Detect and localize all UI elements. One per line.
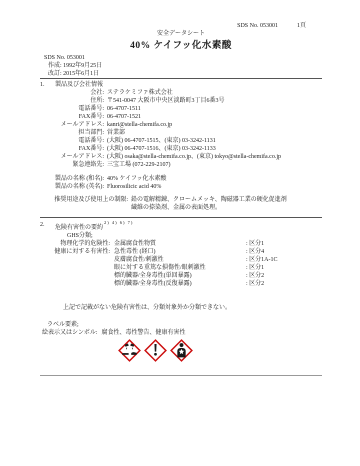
- ghs-row: 物理化学的危険性:金属腐食性物質: 区分1: [40, 240, 322, 248]
- hazard-category: : 区分1A-1C: [246, 256, 278, 264]
- hazard-name: 金属腐食性物質: [114, 240, 246, 248]
- field-value: 三宝工場 (072-229-2107): [107, 161, 171, 169]
- hazard-name: 標的臓器/全身毒性(単回暴露): [114, 272, 246, 280]
- product-title: 40% ケイフッ化水素酸: [40, 40, 322, 52]
- ghs-row: 眼に対する重篤な損傷性/眼刺激性: 区分1: [40, 264, 322, 272]
- section2-heading-text: 危険有害性の要約2) 4) 6) 7): [55, 221, 133, 232]
- ghs-group-label: [40, 256, 110, 264]
- ghs-group-label: [40, 280, 110, 288]
- ghs-group-label: 健康に対する有害性:: [40, 248, 110, 256]
- meta-sds-number: SDS No. 053001: [44, 54, 322, 62]
- section2-heading: 2. 危険有害性の要約2) 4) 6) 7): [40, 221, 322, 232]
- field-label: 住所:: [40, 97, 104, 105]
- field-value: (大阪) osaka@stella-chemifa.co.jp、(東京) tok…: [107, 153, 281, 161]
- company-row: 会社:ステラケミファ株式会社: [40, 89, 322, 97]
- field-value: 06-4707-1511: [107, 105, 141, 113]
- field-label: 担当部門:: [40, 129, 104, 137]
- hazard-category: : 区分4: [246, 248, 264, 256]
- section-divider: [40, 78, 322, 79]
- sds-document-page: SDS No. 053001 1頁 安全データシート 40% ケイフッ化水素酸 …: [0, 0, 360, 466]
- label-elements-heading: ラベル要素;: [47, 321, 322, 329]
- ghs-row: 健康に対する有害性:急性毒性 (経口): 区分4: [40, 248, 322, 256]
- ghs-row: 標的臓器/全身毒性(単回暴露): 区分2: [40, 272, 322, 280]
- corrosion-icon: [118, 339, 141, 362]
- field-label: 電話番号:: [40, 137, 104, 145]
- section1-heading: 1. 製品及び会社情報: [40, 81, 322, 89]
- field-label: 電話番号:: [40, 105, 104, 113]
- hazard-name: 標的臓器/全身毒性(反復暴露): [114, 280, 246, 288]
- header-page-number: 1頁: [297, 22, 306, 30]
- pictogram-names: 腐食性、毒性警告、健康有害性: [102, 329, 186, 337]
- section2-number: 2.: [40, 221, 55, 232]
- hazard-name: 急性毒性 (経口): [114, 248, 246, 256]
- hazard-category: : 区分2: [246, 280, 264, 288]
- company-row: FAX番号:06-4707-1521: [40, 113, 322, 121]
- document-type-label: 安全データシート: [40, 30, 322, 38]
- ghs-classification-heading: GHS分類;: [67, 232, 322, 240]
- header-sds-number: SDS No. 053001: [237, 22, 278, 30]
- ghs-row: 皮膚腐食性/刺激性: 区分1A-1C: [40, 256, 322, 264]
- usage-line2: 繊維の捺染剤、金属の表面処理。: [131, 204, 221, 212]
- field-label: FAX番号:: [40, 113, 104, 121]
- document-meta: SDS No. 053001 作成: 1992年9月25日 改訂: 2015年6…: [40, 54, 322, 78]
- field-value: (大阪) 06-4707-1515、(東京) 03-3242-1131: [107, 137, 216, 145]
- field-value: 営業部: [107, 129, 125, 137]
- product-name-row: 製品の名称 (和名):40% ケイフッ化水素酸: [40, 175, 322, 183]
- field-value: 06-4707-1521: [107, 113, 141, 121]
- ghs-group-label: [40, 264, 110, 272]
- company-row: メールアドレス:kanri@stella-chemifa.co.jp: [40, 121, 322, 129]
- health-hazard-icon: [170, 339, 193, 362]
- field-label: 緊急連絡先:: [40, 161, 104, 169]
- field-label: 会社:: [40, 89, 104, 97]
- hazard-name: 眼に対する重篤な損傷性/眼刺激性: [114, 264, 246, 272]
- company-row: 電話番号:06-4707-1511: [40, 105, 322, 113]
- company-row: 緊急連絡先:三宝工場 (072-229-2107): [40, 161, 322, 169]
- usage-label-spacer: [40, 204, 128, 212]
- field-value: Fluorosilicic acid 40%: [107, 183, 161, 191]
- classification-note: 上記で記載がない危険有害性は、分類対象外か分類できない。: [63, 304, 322, 312]
- bottom-divider: [40, 375, 322, 376]
- usage-label: 推奨用途及び使用上の制限:: [40, 196, 128, 204]
- company-row: メールアドレス:(大阪) osaka@stella-chemifa.co.jp、…: [40, 153, 322, 161]
- section-divider: [40, 217, 322, 218]
- field-label: FAX番号:: [40, 145, 104, 153]
- field-value: (大阪) 06-4707-1516、(東京) 03-3242-1133: [107, 145, 216, 153]
- hazard-category: : 区分2: [246, 272, 264, 280]
- meta-created-date: 作成: 1992年9月25日: [48, 62, 322, 70]
- ghs-row: 標的臓器/全身毒性(反復暴露): 区分2: [40, 280, 322, 288]
- ghs-group-label: 物理化学的危険性:: [40, 240, 110, 248]
- page-header: SDS No. 053001 1頁: [40, 22, 322, 30]
- field-label: メールアドレス:: [40, 153, 104, 161]
- field-value: 40% ケイフッ化水素酸: [107, 175, 166, 183]
- hazard-category: : 区分1: [246, 264, 264, 272]
- hazard-name: 皮膚腐食性/刺激性: [114, 256, 246, 264]
- exclamation-mark-icon: [144, 339, 167, 362]
- ghs-pictograms: [118, 339, 322, 362]
- company-row: FAX番号:(大阪) 06-4707-1516、(東京) 03-3242-113…: [40, 145, 322, 153]
- field-label: メールアドレス:: [40, 121, 104, 129]
- pictogram-caption-row: 絵表示又はシンボル: 腐食性、毒性警告、健康有害性: [42, 329, 322, 337]
- meta-revised-date: 改訂: 2015年6月1日: [48, 70, 322, 78]
- section1-heading-text: 製品及び会社情報: [55, 81, 103, 89]
- usage-line1: 鉛の電解精錬、クロームメッキ、陶磁器工業の硬化促進剤: [131, 196, 287, 204]
- company-row: 住所:〒541-0047 大阪市中央区淡路町3丁目6番3号: [40, 97, 322, 105]
- field-value: kanri@stella-chemifa.co.jp: [107, 121, 172, 129]
- field-value: 〒541-0047 大阪市中央区淡路町3丁目6番3号: [107, 97, 225, 105]
- hazard-category: : 区分1: [246, 240, 264, 248]
- section1-number: 1.: [40, 81, 55, 89]
- field-value: ステラケミファ株式会社: [107, 89, 173, 97]
- field-label: 製品の名称 (和名):: [40, 175, 104, 183]
- reference-superscript: 2) 4) 6) 7): [104, 220, 133, 225]
- field-label: 製品の名称 (英名):: [40, 183, 104, 191]
- company-row: 担当部門:営業部: [40, 129, 322, 137]
- usage-row: 推奨用途及び使用上の制限:鉛の電解精錬、クロームメッキ、陶磁器工業の硬化促進剤: [40, 196, 322, 204]
- company-row: 電話番号:(大阪) 06-4707-1515、(東京) 03-3242-1131: [40, 137, 322, 145]
- usage-row: 繊維の捺染剤、金属の表面処理。: [40, 204, 322, 212]
- ghs-group-label: [40, 272, 110, 280]
- pictogram-row-label: 絵表示又はシンボル:: [42, 329, 98, 337]
- product-name-row: 製品の名称 (英名):Fluorosilicic acid 40%: [40, 183, 322, 191]
